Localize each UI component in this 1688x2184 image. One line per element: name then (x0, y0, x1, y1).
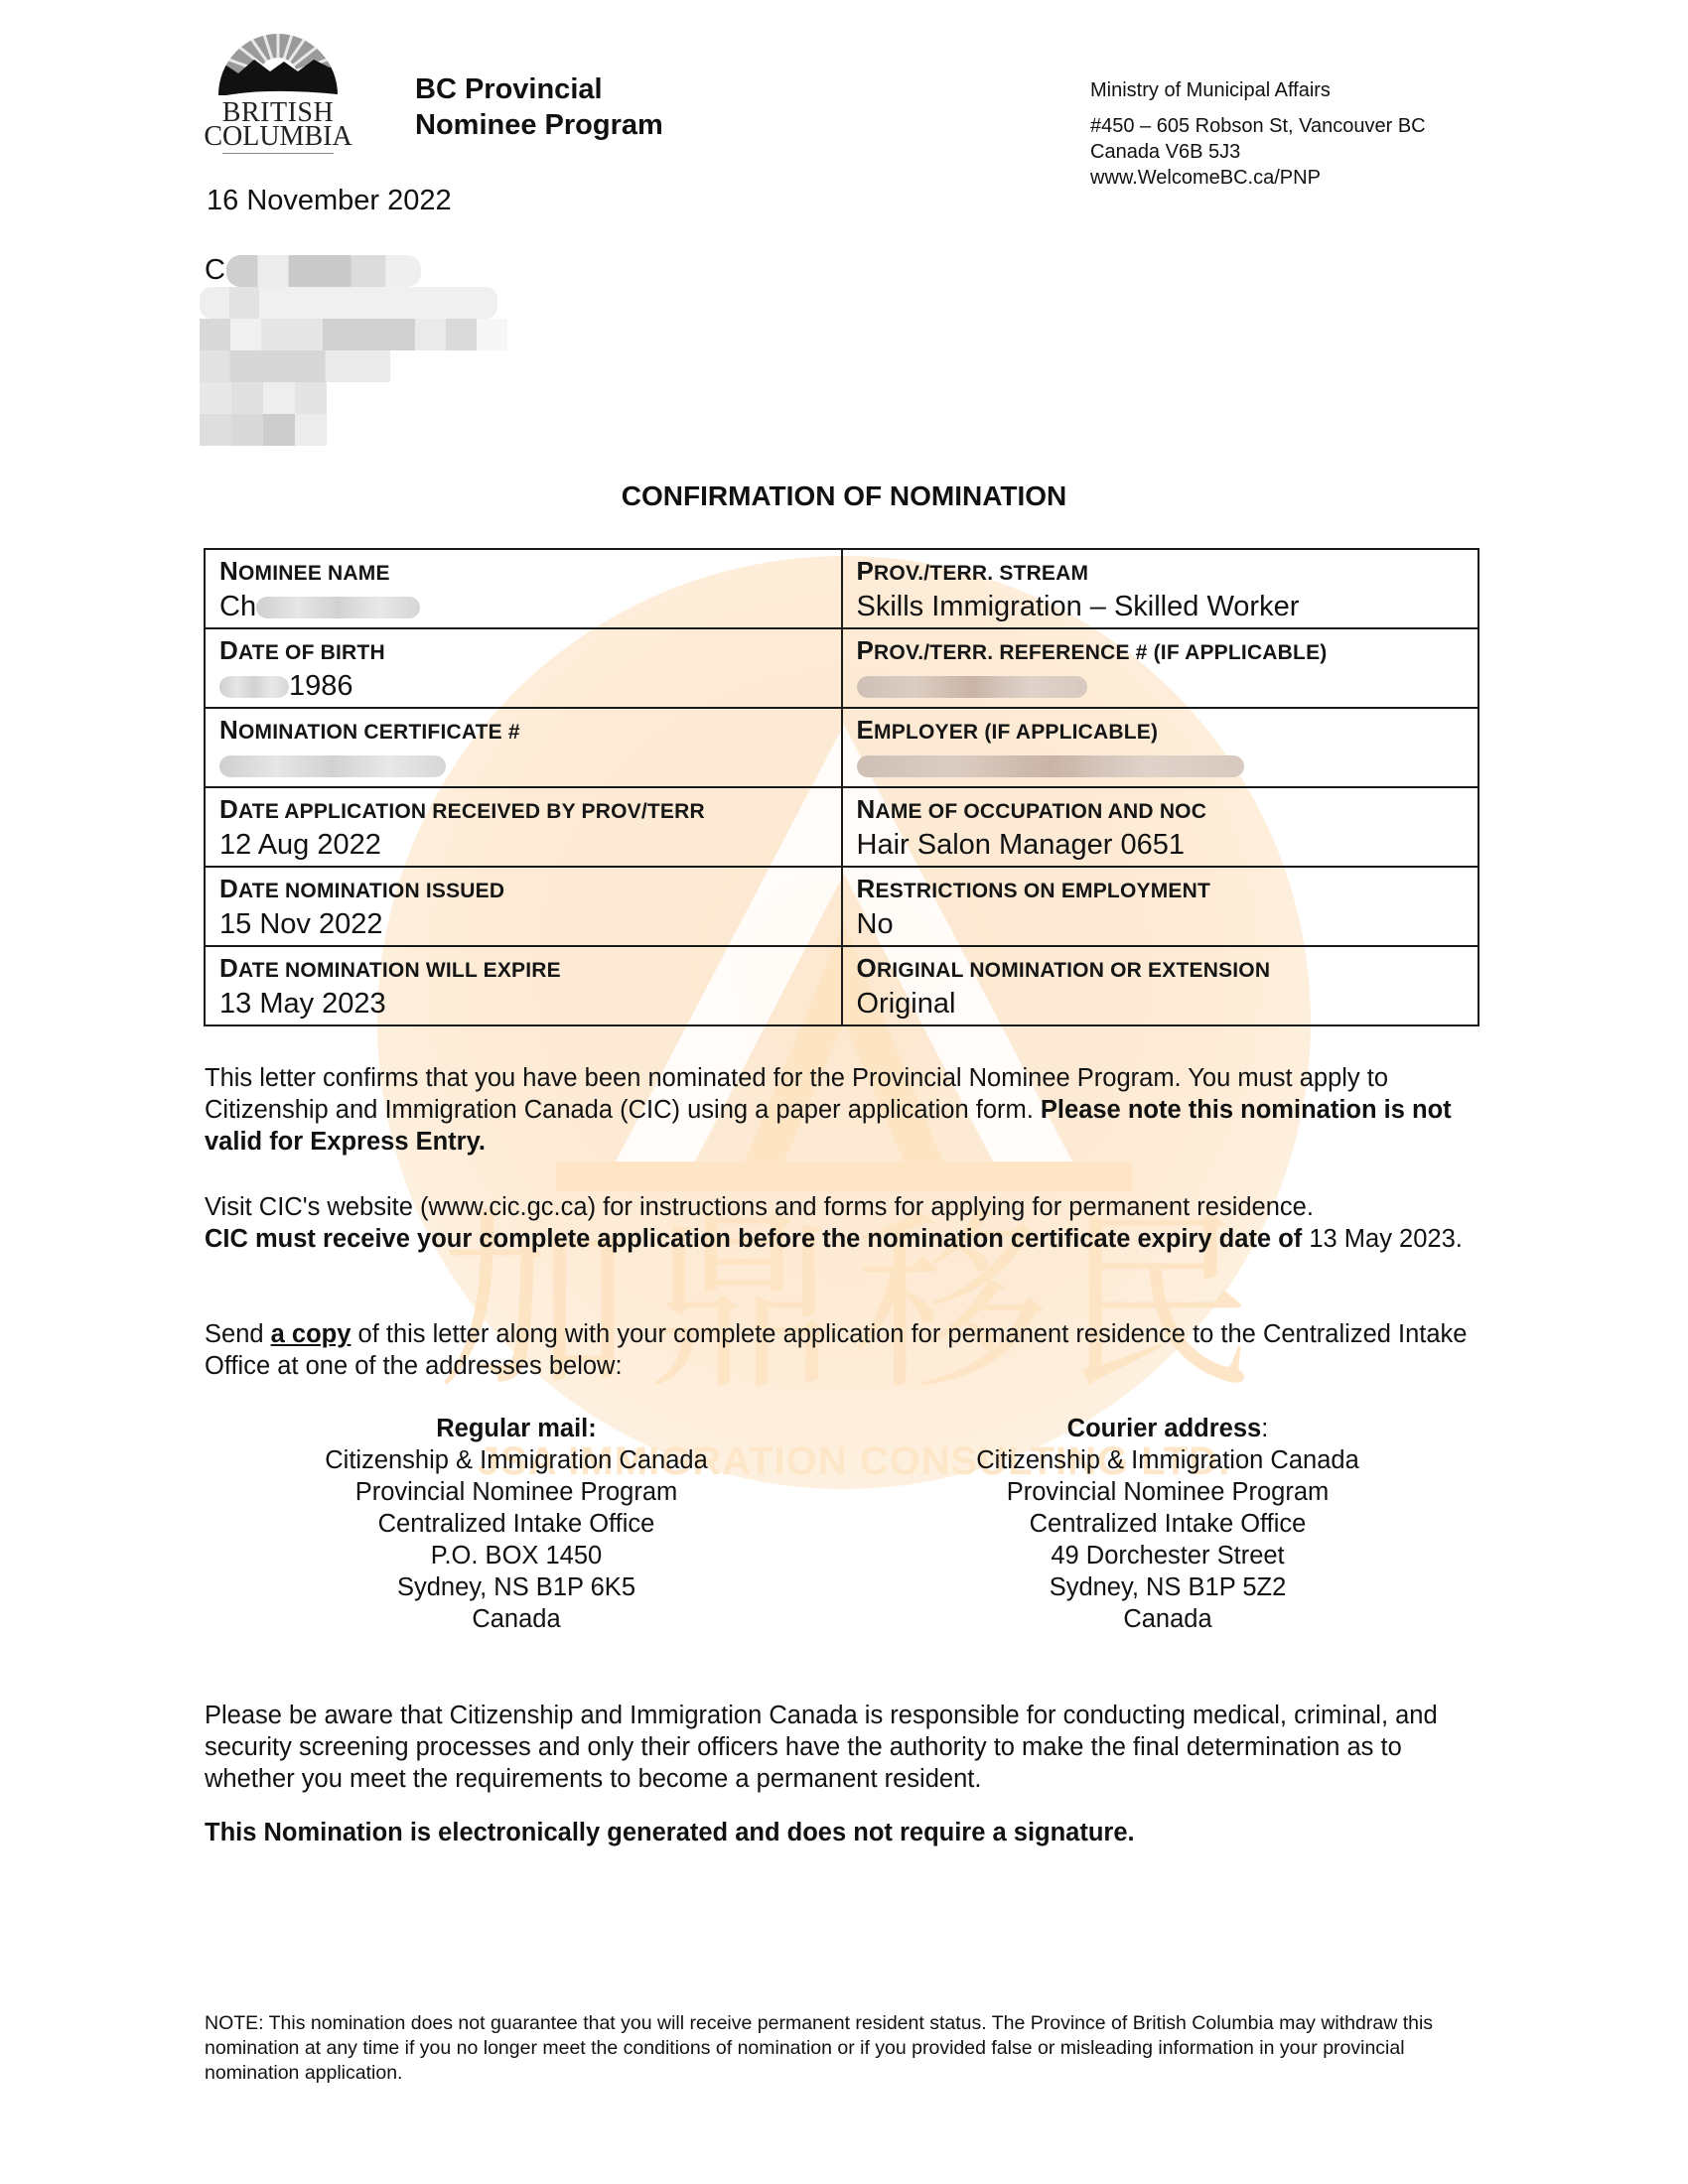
field-value (857, 748, 1465, 783)
redacted-value (857, 676, 1087, 698)
regular-mail-heading: Regular mail: (238, 1413, 794, 1444)
paragraph-cic-instructions: Visit CIC's website (www.cic.gc.ca) for … (205, 1191, 1485, 1255)
table-row: Date nomination will expire13 May 2023Or… (205, 946, 1478, 1025)
courier-address: Courier address: Citizenship & Immigrati… (890, 1413, 1446, 1635)
table-row: Nominee nameChProv./terr. streamSkills I… (205, 549, 1478, 628)
table-row: Date application received by prov/terr12… (205, 787, 1478, 867)
table-row: Date nomination issued15 Nov 2022Restric… (205, 867, 1478, 946)
field-label: Date application received by prov/terr (219, 794, 827, 827)
ministry-address-line1: #450 – 605 Robson St, Vancouver BC (1090, 113, 1426, 139)
field-value: Hair Salon Manager 0651 (857, 827, 1465, 863)
address-line: Sydney, NS B1P 6K5 (238, 1571, 794, 1603)
address-line: Centralized Intake Office (238, 1508, 794, 1540)
field-label: Date nomination issued (219, 874, 827, 906)
field-label: Nominee name (219, 556, 827, 589)
table-cell: Prov./terr. reference # (if applicable) (842, 628, 1479, 708)
paragraph-cic-responsibility: Please be aware that Citizenship and Imm… (205, 1700, 1485, 1795)
field-label: Prov./terr. stream (857, 556, 1465, 589)
field-value: No (857, 906, 1465, 942)
bc-logo: BRITISH COLUMBIA (199, 16, 357, 155)
address-line: Centralized Intake Office (890, 1508, 1446, 1540)
field-label: Date nomination will expire (219, 953, 827, 986)
field-label: Restrictions on employment (857, 874, 1465, 906)
recipient-initial: C (205, 254, 225, 287)
field-value: Skills Immigration – Skilled Worker (857, 589, 1465, 624)
table-cell: Restrictions on employmentNo (842, 867, 1479, 946)
address-line: Citizenship & Immigration Canada (238, 1444, 794, 1476)
table-cell: Prov./terr. streamSkills Immigration – S… (842, 549, 1479, 628)
table-cell: Nominee nameCh (205, 549, 842, 628)
field-label: Date of birth (219, 635, 827, 668)
field-value: Ch (219, 589, 827, 624)
letter-date: 16 November 2022 (207, 185, 452, 217)
address-line: Citizenship & Immigration Canada (890, 1444, 1446, 1476)
field-value: Original (857, 986, 1465, 1022)
program-name-line2: Nominee Program (415, 107, 663, 143)
ministry-website: www.WelcomeBC.ca/PNP (1090, 165, 1426, 191)
ministry-address-line2: Canada V6B 5J3 (1090, 139, 1426, 165)
document-title: CONFIRMATION OF NOMINATION (0, 480, 1688, 512)
address-line: 49 Dorchester Street (890, 1540, 1446, 1571)
table-cell: Date nomination will expire13 May 2023 (205, 946, 842, 1025)
a-copy-emphasis: a copy (271, 1320, 352, 1348)
logo-underline (222, 153, 334, 154)
address-line: Provincial Nominee Program (890, 1476, 1446, 1508)
bc-sun-mountains-icon (199, 16, 357, 99)
table-cell: Date application received by prov/terr12… (205, 787, 842, 867)
field-label: Original nomination or extension (857, 953, 1465, 986)
letter-page: BRITISH COLUMBIA BC Provincial Nominee P… (0, 0, 1688, 2184)
paragraph-send-copy: Send a copy of this letter along with yo… (205, 1318, 1485, 1382)
program-name: BC Provincial Nominee Program (415, 71, 663, 143)
courier-heading: Courier address (1067, 1415, 1262, 1442)
paragraph-confirmation: This letter confirms that you have been … (205, 1062, 1485, 1158)
field-value: 12 Aug 2022 (219, 827, 827, 863)
ministry-address-block: Ministry of Municipal Affairs #450 – 605… (1090, 77, 1426, 191)
field-label: Employer (if applicable) (857, 715, 1465, 748)
footer-note: NOTE: This nomination does not guarantee… (205, 2011, 1495, 2086)
table-cell: Nomination certificate # (205, 708, 842, 787)
table-row: Date of birth1986Prov./terr. reference #… (205, 628, 1478, 708)
field-value (857, 668, 1465, 704)
table-cell: Employer (if applicable) (842, 708, 1479, 787)
field-label: Prov./terr. reference # (if applicable) (857, 635, 1465, 668)
address-line: Provincial Nominee Program (238, 1476, 794, 1508)
ministry-name: Ministry of Municipal Affairs (1090, 77, 1426, 103)
field-label: Nomination certificate # (219, 715, 827, 748)
deadline-notice: CIC must receive your complete applicati… (205, 1225, 1302, 1253)
logo-columbia-text: COLUMBIA (199, 123, 357, 151)
redacted-value (219, 676, 289, 698)
redacted-value (857, 755, 1244, 777)
field-label: Name of occupation and NOC (857, 794, 1465, 827)
field-value: 1986 (219, 668, 827, 704)
field-value (219, 748, 827, 783)
address-line: Canada (890, 1603, 1446, 1635)
electronic-signature-notice: This Nomination is electronically genera… (205, 1817, 1485, 1848)
redacted-value (219, 755, 446, 777)
address-line: Canada (238, 1603, 794, 1635)
redacted-value (256, 597, 420, 618)
table-cell: Name of occupation and NOCHair Salon Man… (842, 787, 1479, 867)
table-cell: Date of birth1986 (205, 628, 842, 708)
table-cell: Date nomination issued15 Nov 2022 (205, 867, 842, 946)
address-line: Sydney, NS B1P 5Z2 (890, 1571, 1446, 1603)
program-name-line1: BC Provincial (415, 71, 663, 107)
regular-mail-address: Regular mail: Citizenship & Immigration … (238, 1413, 794, 1635)
nomination-details-table: Nominee nameChProv./terr. streamSkills I… (204, 548, 1479, 1026)
field-value: 13 May 2023 (219, 986, 827, 1022)
table-row: Nomination certificate #Employer (if app… (205, 708, 1478, 787)
field-value: 15 Nov 2022 (219, 906, 827, 942)
table-cell: Original nomination or extensionOriginal (842, 946, 1479, 1025)
address-line: P.O. BOX 1450 (238, 1540, 794, 1571)
